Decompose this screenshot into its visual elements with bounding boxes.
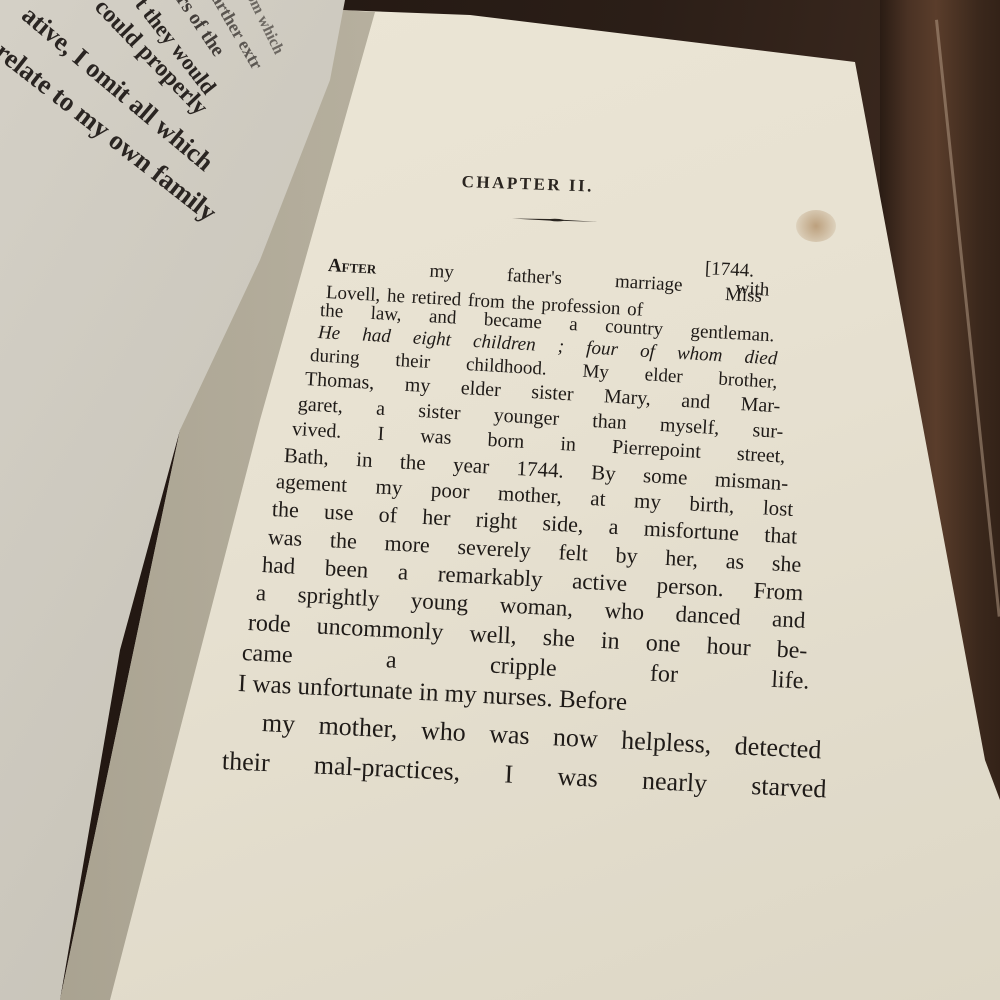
text-line-tail: Miss	[724, 284, 762, 308]
margin-date: [1744.	[704, 258, 754, 283]
right-page-text: CHAPTER II. After my father's marriage w…	[0, 0, 1000, 1000]
drop-word: After	[327, 255, 377, 279]
chapter-heading: CHAPTER II.	[461, 172, 594, 197]
book-photo: relate to my own family ative, I omit al…	[0, 0, 1000, 1000]
ornament-rule-icon	[512, 217, 598, 224]
